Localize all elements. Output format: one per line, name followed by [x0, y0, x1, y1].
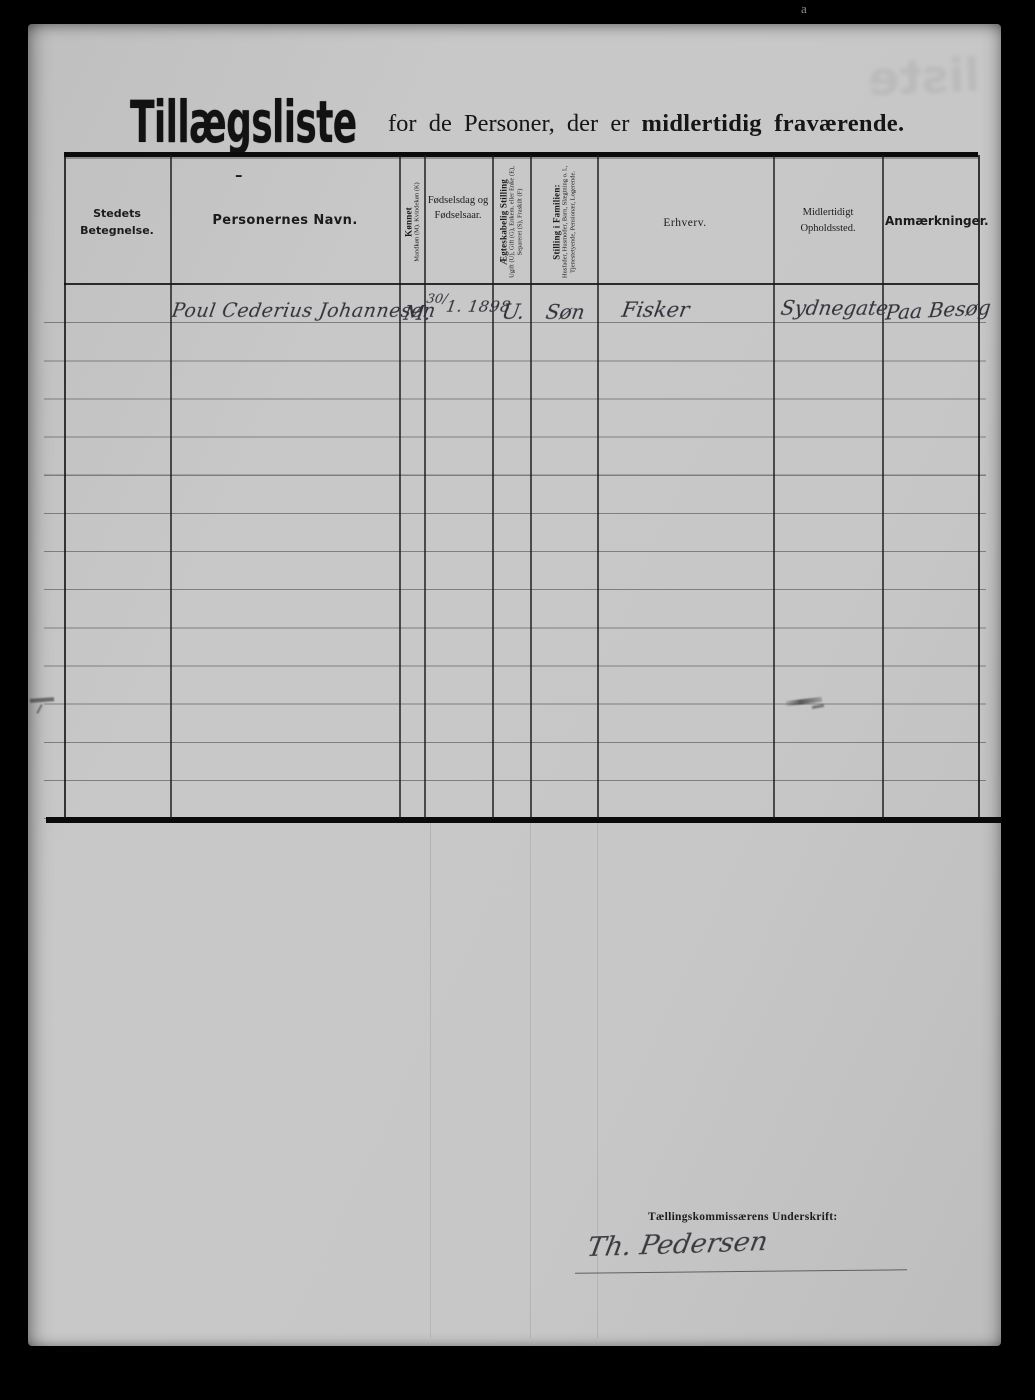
column-header-remarks: Anmærkninger.: [885, 214, 977, 228]
entry-family-position: Søn: [544, 300, 586, 324]
bleed-through-ghost-text: liste: [867, 48, 981, 106]
table-bottom-rule: [46, 817, 1002, 823]
entry-marital-status: U.: [500, 300, 526, 324]
table-vertical-rule: [424, 155, 426, 819]
column-header-marital-status: Ægteskabelig Stilling Ugift (U), Gift (G…: [492, 160, 530, 283]
entry-birthdate: 30/1. 1898: [424, 293, 513, 312]
table-vertical-rule: [597, 155, 599, 819]
page-title: Tillægsliste: [130, 88, 357, 156]
entry-name: Poul Cederius Johannesen: [170, 300, 437, 322]
commissioner-signature: Th. Pedersen: [585, 1226, 771, 1263]
column-header-sex: Kønnet Mandkøn (M). Kvindekøn (K): [399, 160, 424, 283]
column-header-birthdate: Fødselsdag og Fødselsaar.: [427, 193, 489, 223]
column-header-family-key: Husfader, Husmoder, Barn, Slægtning o. l…: [561, 161, 576, 282]
scan-corner-mark: a: [801, 1, 807, 17]
column-header-sex-key: Mandkøn (M). Kvindekøn (K): [413, 161, 421, 282]
column-header-family-label: Stilling i Familien:: [551, 161, 561, 282]
bleed-through-line: [430, 823, 431, 1338]
page-subtitle: for de Personer, der er midlertidig frav…: [388, 110, 904, 138]
entry-occupation: Fisker: [620, 298, 691, 322]
column-header-temporary-residence: Midlertidigt Opholdssted.: [778, 205, 878, 237]
column-header-place: Stedets Betegnelse.: [70, 205, 164, 239]
table-vertical-rule: [64, 155, 66, 819]
table-top-rule: [64, 152, 978, 157]
bleed-through-line: [530, 823, 531, 1338]
table-vertical-rule: [882, 155, 884, 819]
column-header-family-position: Stilling i Familien: Husfader, Husmoder,…: [530, 160, 597, 283]
entry-temporary-residence: Sydnegate: [779, 296, 890, 320]
column-header-marital-label: Ægteskabelig Stilling: [499, 161, 509, 282]
column-header-name: Personernes Navn.: [180, 213, 390, 228]
printer-imprint: ▪▪▪▪▪▪ ▪ ▪▪▪▪▪▪▪: [57, 1350, 100, 1355]
column-header-marital-key: Ugift (U), Gift (G), Enkem. eller Enke (…: [509, 161, 524, 282]
page-subtitle-regular: for de Personer, der er: [388, 110, 642, 137]
table-vertical-rule: [978, 155, 980, 819]
table-vertical-rule: [170, 155, 172, 819]
scanned-page: a liste Tillægsliste for de Personer, de…: [0, 0, 1035, 1400]
signature-label: Tællingskommissærens Underskrift:: [648, 1211, 838, 1223]
column-header-occupation: Erhverv.: [605, 217, 765, 229]
page-subtitle-bold: midlertidig fraværende.: [642, 110, 905, 137]
table-vertical-rule: [773, 155, 775, 819]
table-row-lines: [44, 285, 986, 819]
column-header-dash: –: [235, 166, 243, 184]
column-header-sex-label: Kønnet: [403, 161, 413, 282]
entry-birthdate-day: 30/: [425, 292, 448, 307]
